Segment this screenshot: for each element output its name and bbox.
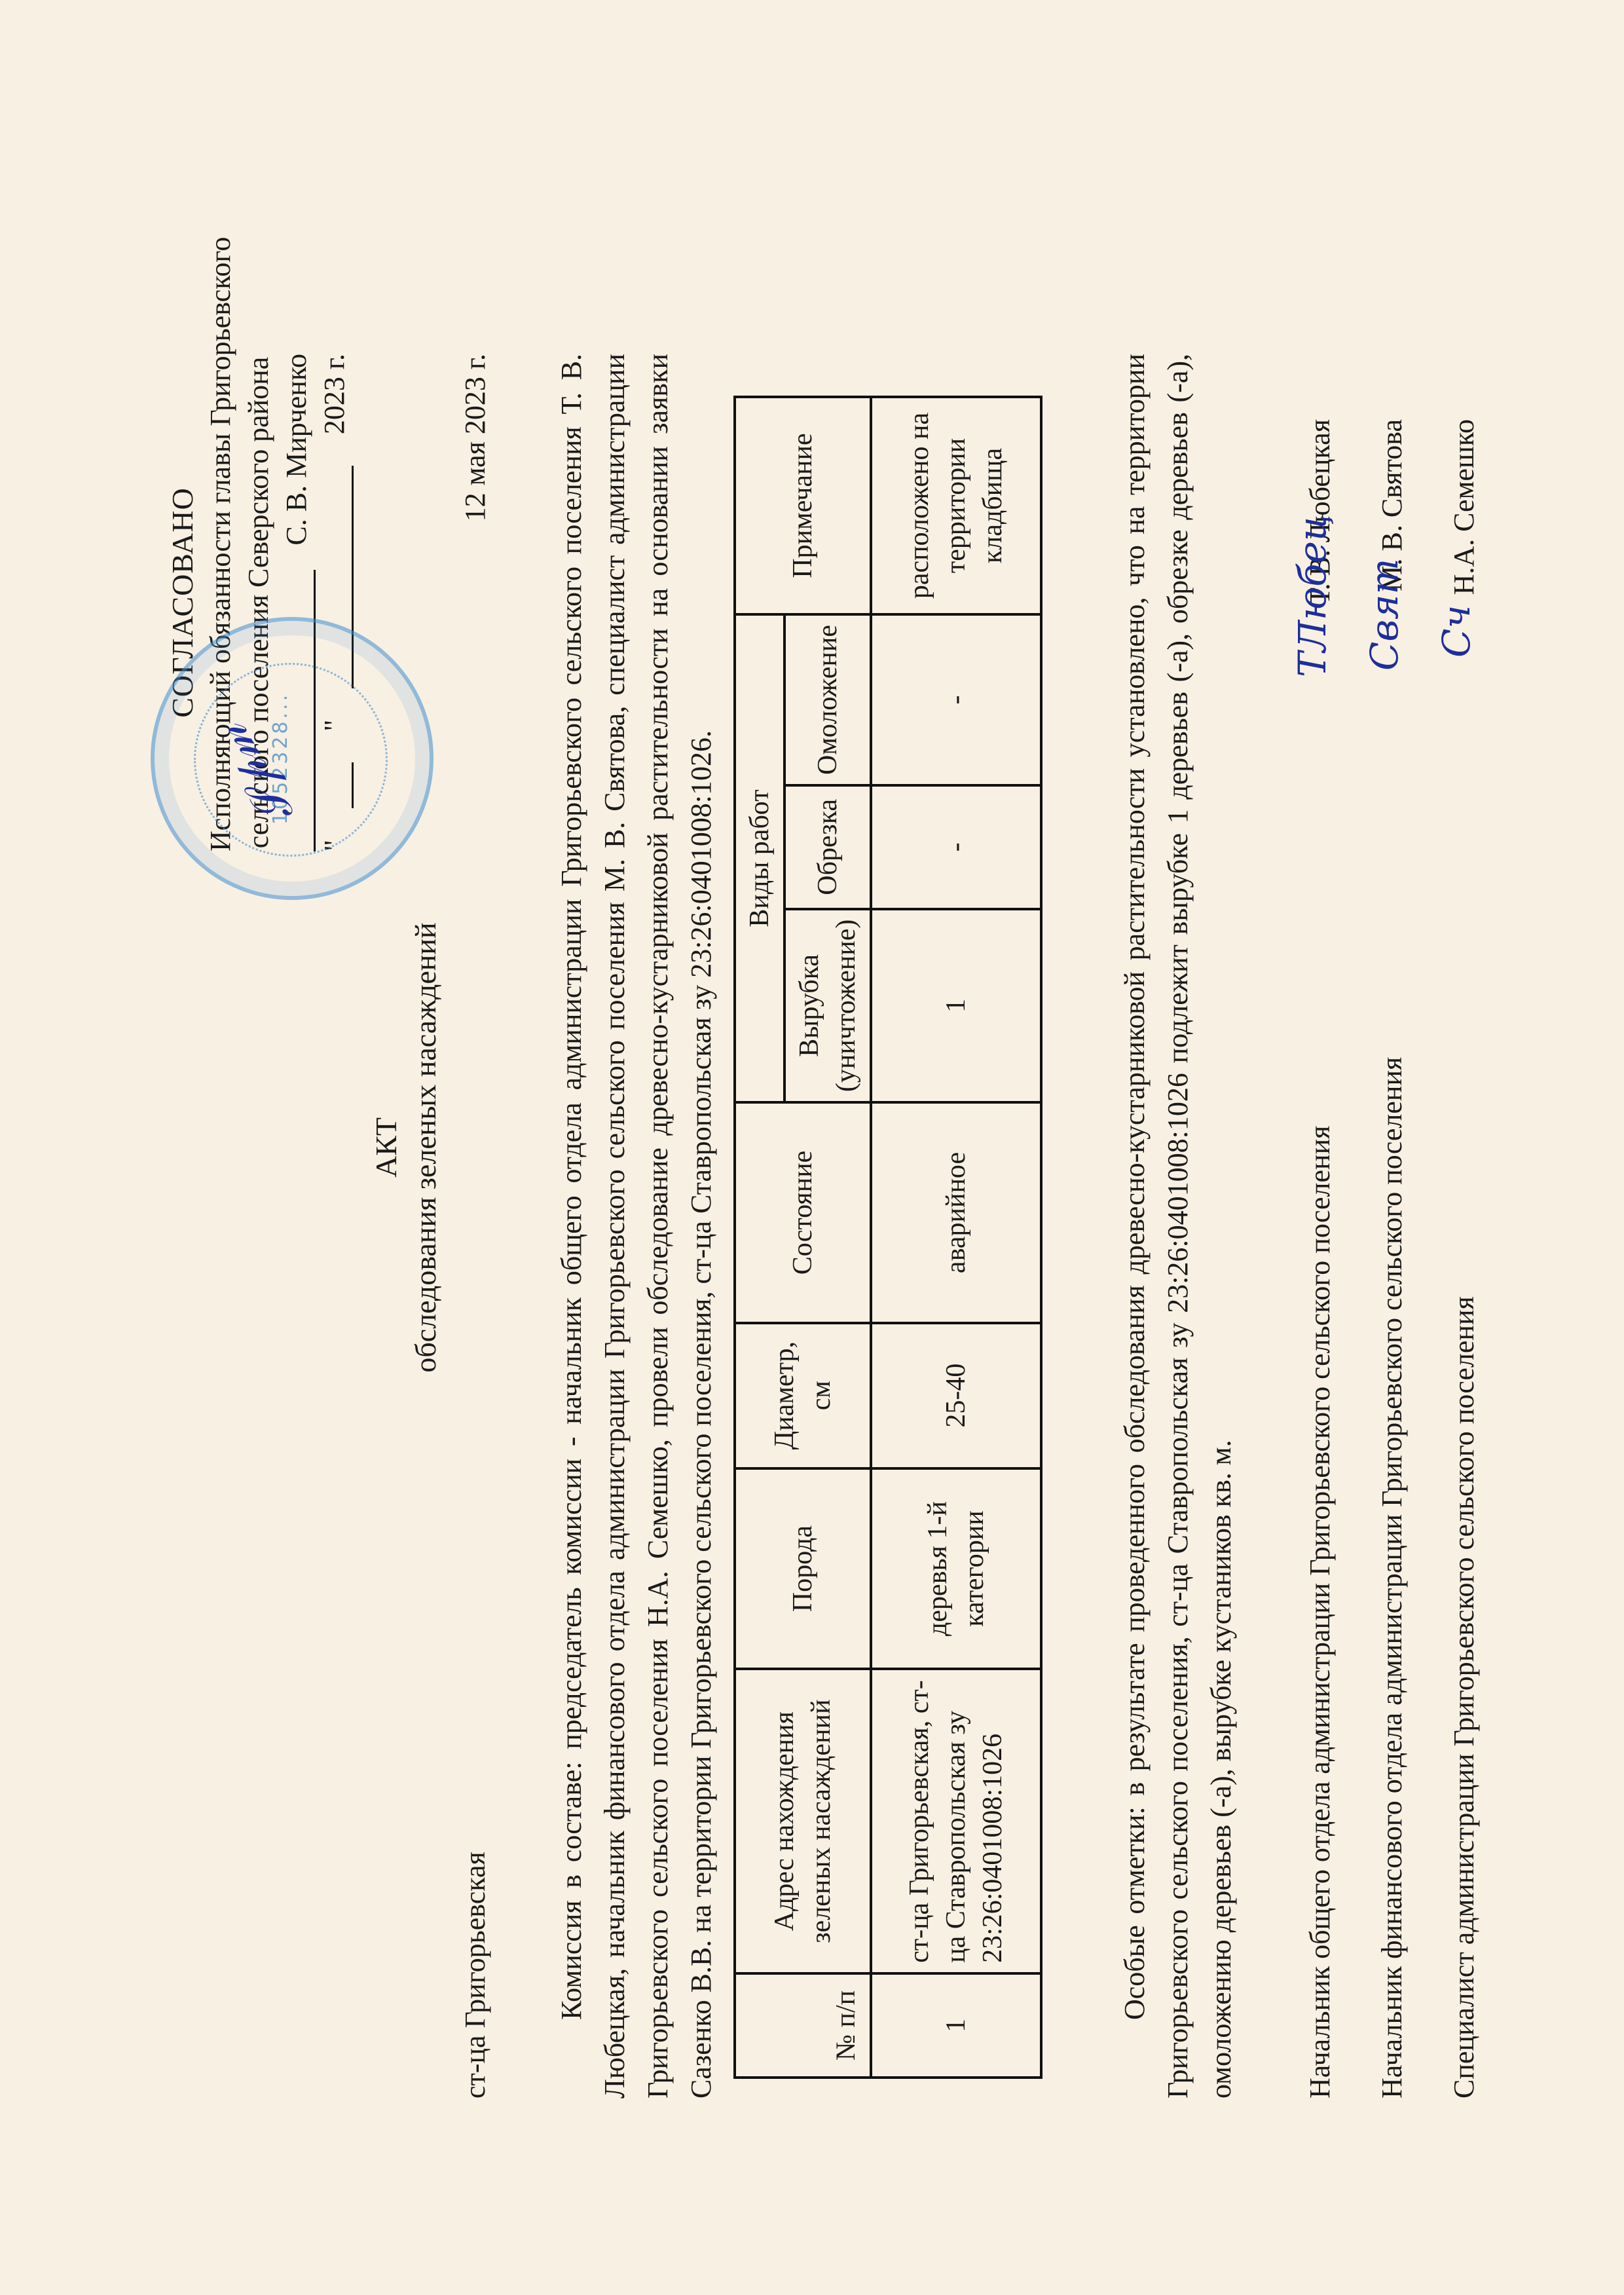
special-notes-paragraph: Особые отметки: в результате проведенног… [1113,354,1243,2099]
document-title: АКТ [367,0,406,2295]
cell-pruning: - [871,785,1041,909]
document-date: 12 мая 2023 г. [458,354,492,521]
approval-year: 2023 г. [316,354,354,434]
cell-condition: аварийное [871,1102,1041,1323]
header-address: Адрес нахождения зеленых насаждений [735,1669,871,1973]
approval-signer: С. В. Мирченко [278,354,316,546]
signature-position: Начальник финансового отдела администрац… [1375,1057,1409,2099]
header-note: Примечание [735,397,871,614]
header-diameter: Диаметр, см [735,1323,871,1468]
commission-paragraph: Комиссия в составе: председатель комисси… [550,354,723,2099]
handwritten-signature-2: Свят [1362,558,1407,671]
signature-name: Н.А. Семешко [1447,419,1481,595]
document-place: ст-ца Григорьевская [458,1852,492,2099]
table-header-row-1: № п/п Адрес нахождения зеленых насаждени… [735,397,784,2078]
header-pruning: Обрезка [784,785,871,909]
header-work-types: Виды работ [735,614,784,1102]
header-species: Порода [735,1468,871,1670]
header-rejuvenation: Омоложение [784,614,871,785]
cell-rejuvenation: - [871,614,1041,785]
cell-species: деревья 1-й категории [871,1468,1041,1670]
document-heading: АКТ обследования зеленых насаждений [367,0,445,2295]
signature-row: Начальник финансового отдела администрац… [1356,419,1428,2099]
document-subtitle: обследования зеленых насаждений [406,0,445,2295]
handwritten-signature-1: ТЛюбец [1290,515,1335,677]
place-date-row: ст-ца Григорьевская 12 мая 2023 г. [458,354,492,2099]
inspection-table: № п/п Адрес нахождения зеленых насаждени… [733,396,1043,2079]
header-num: № п/п [735,1973,871,2078]
cell-cutting: 1 [871,909,1041,1103]
signature-position: Специалист администрации Григорьевского … [1447,1296,1481,2099]
cell-num: 1 [871,1973,1041,2078]
document-sheet: СОГЛАСОВАНО Исполняющий обязанности глав… [0,0,1624,2295]
cell-diameter: 25-40 [871,1323,1041,1468]
header-condition: Состояние [735,1102,871,1323]
handwritten-signature-3: Сч [1434,605,1479,658]
cell-address: ст-ца Григорьевская, ст-ца Ставропольска… [871,1669,1041,1973]
signature-position: Начальник общего отдела администрации Гр… [1303,1126,1337,2099]
table-row: 1 ст-ца Григорьевская, ст-ца Ставропольс… [871,397,1041,2078]
header-cutting: Вырубка (уничтожение) [784,909,871,1103]
cell-note: расположено на территории кладбища [871,397,1041,614]
signature-row: Специалист администрации Григорьевского … [1428,419,1500,2099]
